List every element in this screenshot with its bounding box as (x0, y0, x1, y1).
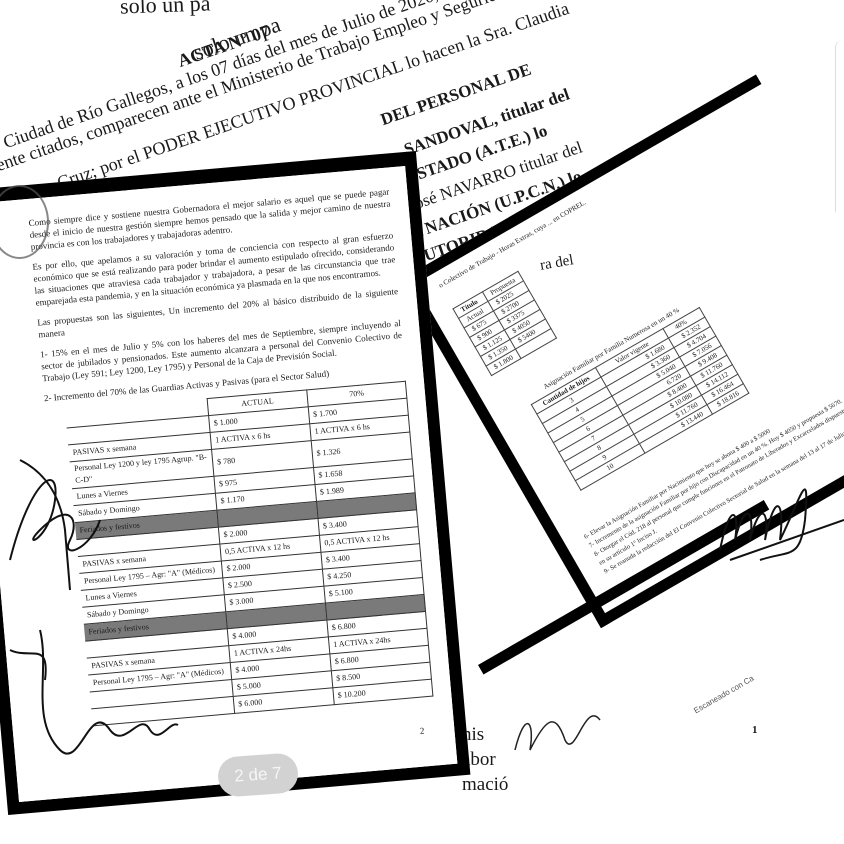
fragment: nis (462, 722, 508, 747)
scan-footer: Escaneado con Ca (692, 674, 755, 716)
signature-icon (505, 690, 605, 770)
page-1-number: 1 (752, 724, 758, 736)
overtime-table: Título Propuesta Actual$ 2025$ 675$ 2700… (452, 271, 556, 376)
page-indicator: 2 de 7 (217, 752, 300, 797)
signature-icon (0, 440, 120, 600)
signature-icon (700, 440, 844, 570)
signature-icon (0, 610, 180, 780)
page-2-number: 2 (419, 724, 425, 736)
fragment: mació (462, 772, 508, 797)
